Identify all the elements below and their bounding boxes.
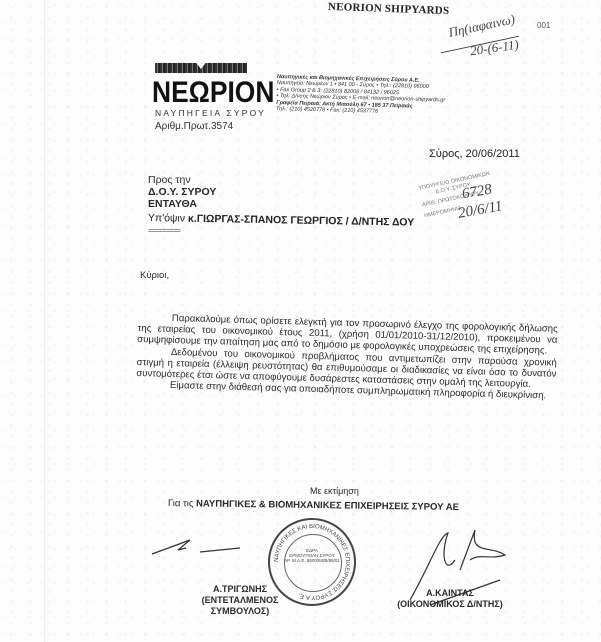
scanned-letter-page: NEORION SHIPYARDS 001 Πη(ιαφαινω) 20-(6-… [0, 0, 601, 642]
company-sign-name: ΝΑΥΠΗΓΙΚΕΣ & ΒΙΟΜΗΧΑΝΙΚΕΣ ΕΠΙΧΕΙΡΗΣΕΙΣ Σ… [196, 498, 459, 513]
attention-line: Υπ'όψιν κ.ΓΙΩΡΓΑΣ-ΣΠΑΝΟΣ ΓΕΩΡΓΙΟΣ / Δ/ΝΤ… [148, 212, 414, 229]
place-date: Σύρος, 20/06/2011 [429, 148, 520, 160]
signer-name: Α.ΚΑΙΝΤΑΣ [390, 588, 510, 599]
recipient-line: Προς την [148, 174, 216, 186]
company-logo-subtitle: ΝΑΥΠΗΓΕΙΑ ΣΥΡΟΥ [155, 108, 266, 118]
company-logo: ΝΕΩΡΙΟΝ [152, 76, 274, 110]
letter-body: Παρακαλούμε όπως ορίσετε ελεγκτή για τον… [136, 312, 558, 402]
protocol-number: Αριθμ.Πρωτ.3574 [155, 121, 233, 132]
attention-underline: ========= [148, 228, 180, 235]
signer-kaintas: Α.ΚΑΙΝΤΑΣ (ΟΙΚΟΝΟΜΙΚΟΣ Δ/ΝΤΗΣ) [390, 588, 510, 610]
recipient-line: ΕΝΤΑΥΘΑ [148, 198, 216, 210]
company-sign-prefix: Για τις [168, 498, 194, 509]
signature-trigonis-icon [150, 530, 260, 560]
attention-prefix: Υπ'όψιν [148, 212, 185, 225]
company-signature-line: Για τις ΝΑΥΠΗΓΙΚΕΣ & ΒΙΟΜΗΧΑΝΙΚΕΣ ΕΠΙΧΕΙ… [168, 498, 459, 513]
logo-ship-icon [155, 63, 247, 73]
signer-name: Α.ΤΡΙΓΩΝΗΣ [175, 584, 305, 595]
handwritten-note: Πη(ιαφαινω) [447, 11, 516, 41]
signer-role: (ΟΙΚΟΝΟΜΙΚΟΣ Δ/ΝΤΗΣ) [390, 599, 510, 610]
header-title: NEORION SHIPYARDS [328, 1, 450, 17]
salutation: Κύριοι, [140, 270, 169, 281]
recipient-block: Προς την Δ.Ο.Υ. ΣΥΡΟΥ ΕΝΤΑΥΘΑ [148, 174, 216, 210]
handwritten-note-date: 20-(6-11) [469, 37, 520, 60]
attention-name: κ.ΓΙΩΡΓΑΣ-ΣΠΑΝΟΣ ΓΕΩΡΓΙΟΣ / Δ/ΝΤΗΣ ΔΟΥ [188, 213, 414, 229]
seal-line: ΑΡ. Μ.Α.Ε. 8500/84/B/86/01 [270, 558, 354, 563]
signer-role: (ΕΝΤΕΤΑΛΜΕΝΟΣ ΣΥΜΒΟΥΛΟΣ) [175, 595, 305, 617]
signer-trigonis: Α.ΤΡΙΓΩΝΗΣ (ΕΝΤΕΤΑΛΜΕΝΟΣ ΣΥΜΒΟΥΛΟΣ) [175, 584, 305, 617]
page-reference-code: 001 [537, 21, 550, 30]
recipient-line: Δ.Ο.Υ. ΣΥΡΟΥ [148, 186, 216, 198]
seal-center-text: ΕΔΡΑ ΕΡΜΟΥΠΟΛΗ ΣΥΡΟΥ ΑΡ. Μ.Α.Ε. 8500/84/… [270, 548, 354, 563]
company-contact-info: Ναυπηγικές και Βιομηχανικές Επιχειρήσεις… [276, 74, 446, 117]
scan-edge-line [44, 0, 45, 642]
closing: Με εκτίμηση [310, 486, 359, 496]
